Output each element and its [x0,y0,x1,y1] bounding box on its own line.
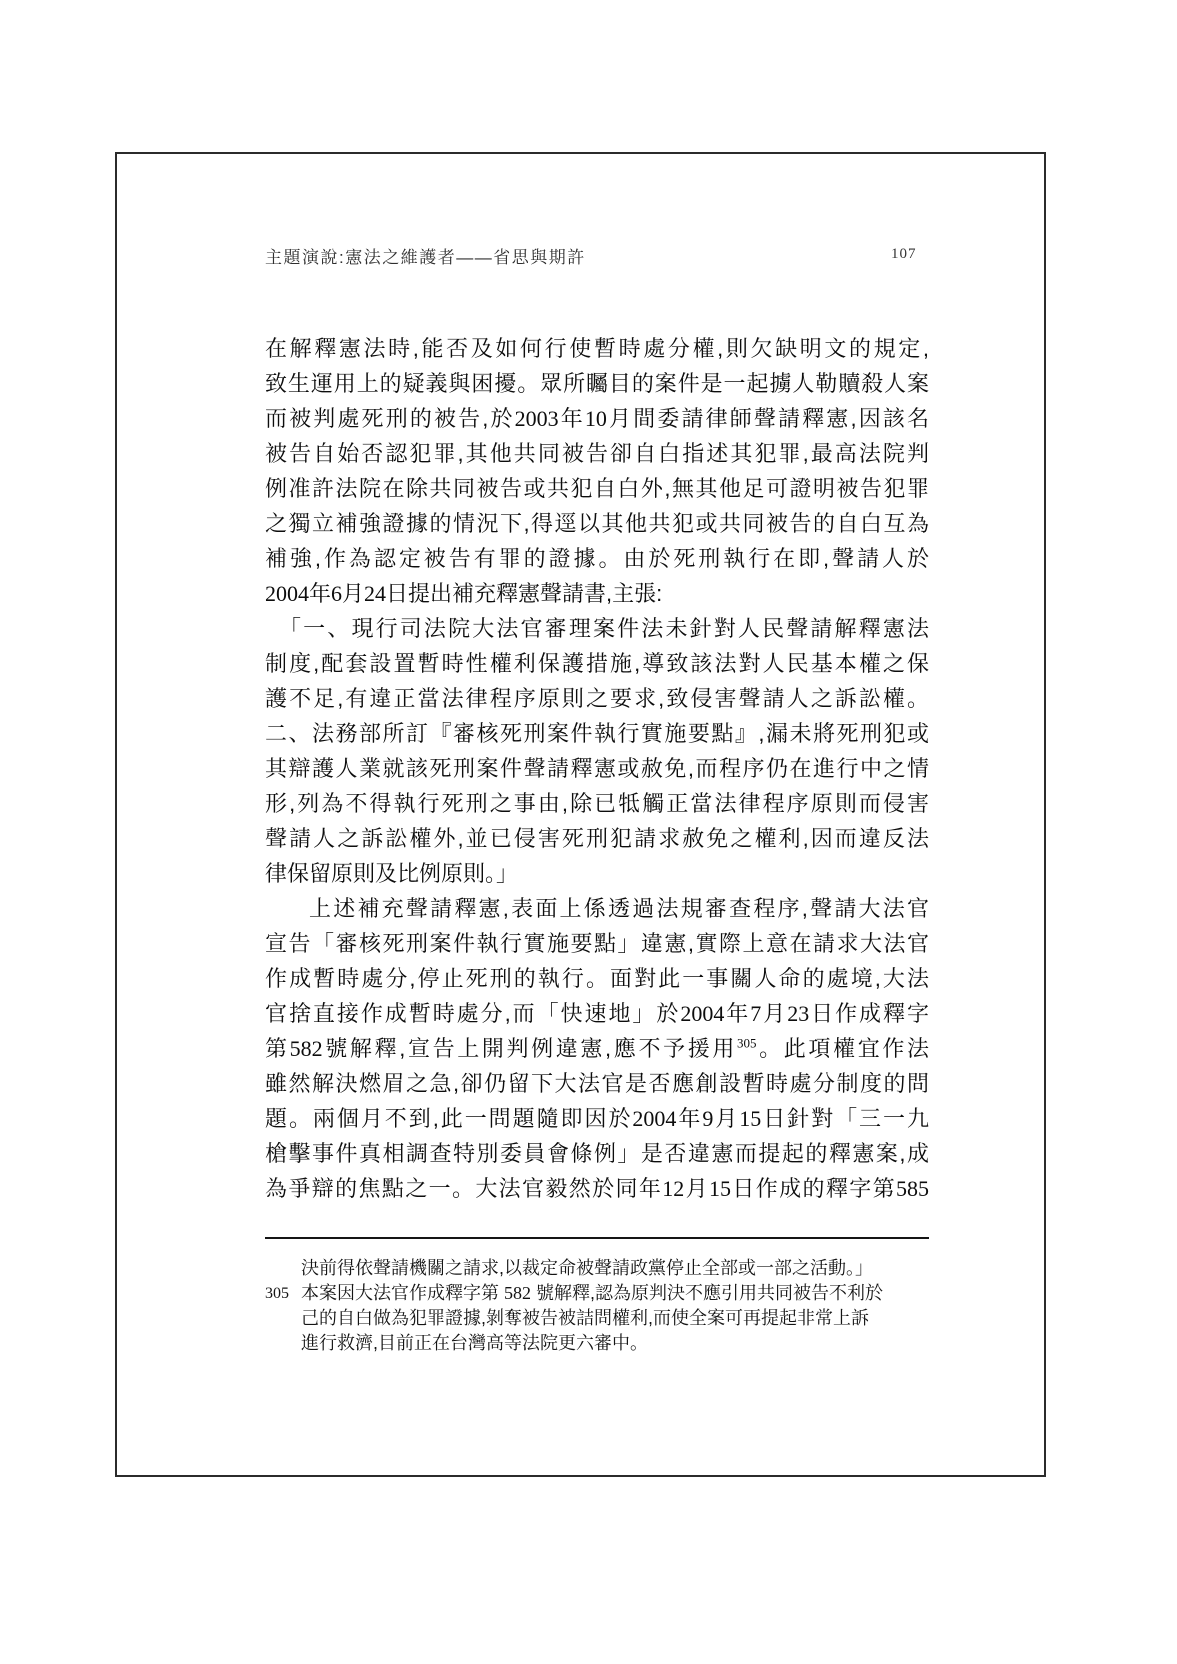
body-line: 上述補充聲請釋憲,表面上係透過法規審查程序,聲請大法官 [265,891,929,926]
numeral: 9 [702,1106,713,1131]
footnote-line: 決前得依聲請機關之請求,以裁定命被聲請政黨停止全部或一部之活動。」 [265,1256,965,1281]
numeral: 582 [504,1283,531,1303]
numeral: 2004 [680,1001,724,1026]
footnote-text: 本案因大法官作成釋字第 582 號解釋,認為原判決不應引用共同被告不利於 [301,1281,965,1307]
footnote-text: 決前得依聲請機關之請求,以裁定命被聲請政黨停止全部或一部之活動。」 [301,1256,965,1281]
numeral: 10 [585,406,607,431]
footnote-number: 305 [265,1281,301,1307]
body-line: 補強,作為認定被告有罪的證據。由於死刑執行在即,聲請人於 [265,541,929,576]
numeral: 6 [331,581,342,606]
body-line: 作成暫時處分,停止死刑的執行。面對此一事關人命的處境,大法 [265,961,929,996]
body-line: 宣告「審核死刑案件執行實施要點」違憲,實際上意在請求大法官 [265,926,929,961]
footnote-number [265,1256,301,1281]
body-line: 在解釋憲法時,能否及如何行使暫時處分權,則欠缺明文的規定, [265,331,929,366]
body-line: 雖然解決燃眉之急,卻仍留下大法官是否應創設暫時處分制度的問 [265,1066,929,1101]
footnote-line: 己的自白做為犯罪證據,剝奪被告被詰問權利,而使全案可再提起非常上訴 [265,1306,965,1331]
numeral: 15 [739,1106,761,1131]
body-line: 二、法務部所訂『審核死刑案件執行實施要點』,漏未將死刑犯或 [265,716,929,751]
numeral: 24 [364,581,386,606]
body-text: 在解釋憲法時,能否及如何行使暫時處分權,則欠缺明文的規定,致生運用上的疑義與困擾… [265,331,929,1206]
body-line: 「一、現行司法院大法官審理案件法未針對人民聲請解釋憲法 [265,611,929,646]
document-page: 主題演說:憲法之維護者——省思與期許 107 在解釋憲法時,能否及如何行使暫時處… [0,0,1177,1664]
footnote-number [265,1331,301,1356]
numeral: 2004 [265,581,309,606]
numeral: 2003 [515,406,559,431]
footnote-number [265,1306,301,1331]
body-line: 而被判處死刑的被告,於2003年10月間委請律師聲請釋憲,因該名 [265,401,929,436]
body-line: 形,列為不得執行死刑之事由,除已牴觸正當法律程序原則而侵害 [265,786,929,821]
body-line: 制度,配套設置暫時性權利保護措施,導致該法對人民基本權之保 [265,646,929,681]
body-line: 2004年6月24日提出補充釋憲聲請書,主張: [265,576,929,611]
body-line: 官捨直接作成暫時處分,而「快速地」於2004年7月23日作成釋字 [265,996,929,1031]
body-line: 護不足,有違正當法律程序原則之要求,致侵害聲請人之訴訟權。 [265,681,929,716]
numeral: 2004 [632,1106,676,1131]
body-line: 題。兩個月不到,此一問題隨即因於2004年9月15日針對「三一九 [265,1101,929,1136]
body-line: 其辯護人業就該死刑案件聲請釋憲或赦免,而程序仍在進行中之情 [265,751,929,786]
numeral: 12 [662,1176,684,1201]
footnote-rule [265,1237,929,1239]
body-line: 第582號解釋,宣告上開判例違憲,應不予援用305。此項權宜作法 [265,1031,929,1066]
footnote-text: 己的自白做為犯罪證據,剝奪被告被詰問權利,而使全案可再提起非常上訴 [301,1306,965,1331]
numeral: 7 [750,1001,761,1026]
numeral: 582 [290,1036,323,1061]
footnote-text: 進行救濟,目前正在台灣高等法院更六審中。 [301,1331,965,1356]
numeral: 585 [896,1176,929,1201]
page-number: 107 [891,246,917,263]
footnote-line: 進行救濟,目前正在台灣高等法院更六審中。 [265,1331,965,1356]
body-line: 之獨立補強證據的情況下,得逕以其他共犯或共同被告的自白互為 [265,506,929,541]
body-line: 被告自始否認犯罪,其他共同被告卻自白指述其犯罪,最高法院判 [265,436,929,471]
numeral: 23 [787,1001,809,1026]
body-line: 例准許法院在除共同被告或共犯自白外,無其他足可證明被告犯罪 [265,471,929,506]
footnote-line: 305本案因大法官作成釋字第 582 號解釋,認為原判決不應引用共同被告不利於 [265,1281,965,1307]
body-line: 致生運用上的疑義與困擾。眾所矚目的案件是一起擄人勒贖殺人案 [265,366,929,401]
footnote-reference: 305 [737,1036,757,1051]
body-line: 槍擊事件真相調查特別委員會條例」是否違憲而提起的釋憲案,成 [265,1136,929,1171]
body-line: 為爭辯的焦點之一。大法官毅然於同年12月15日作成的釋字第585 [265,1171,929,1206]
running-header-title: 主題演說:憲法之維護者——省思與期許 [265,243,586,268]
body-line: 律保留原則及比例原則。」 [265,856,929,891]
numeral: 15 [709,1176,731,1201]
footnotes: 決前得依聲請機關之請求,以裁定命被聲請政黨停止全部或一部之活動。」305本案因大… [265,1256,965,1355]
body-line: 聲請人之訴訟權外,並已侵害死刑犯請求赦免之權利,因而違反法 [265,821,929,856]
